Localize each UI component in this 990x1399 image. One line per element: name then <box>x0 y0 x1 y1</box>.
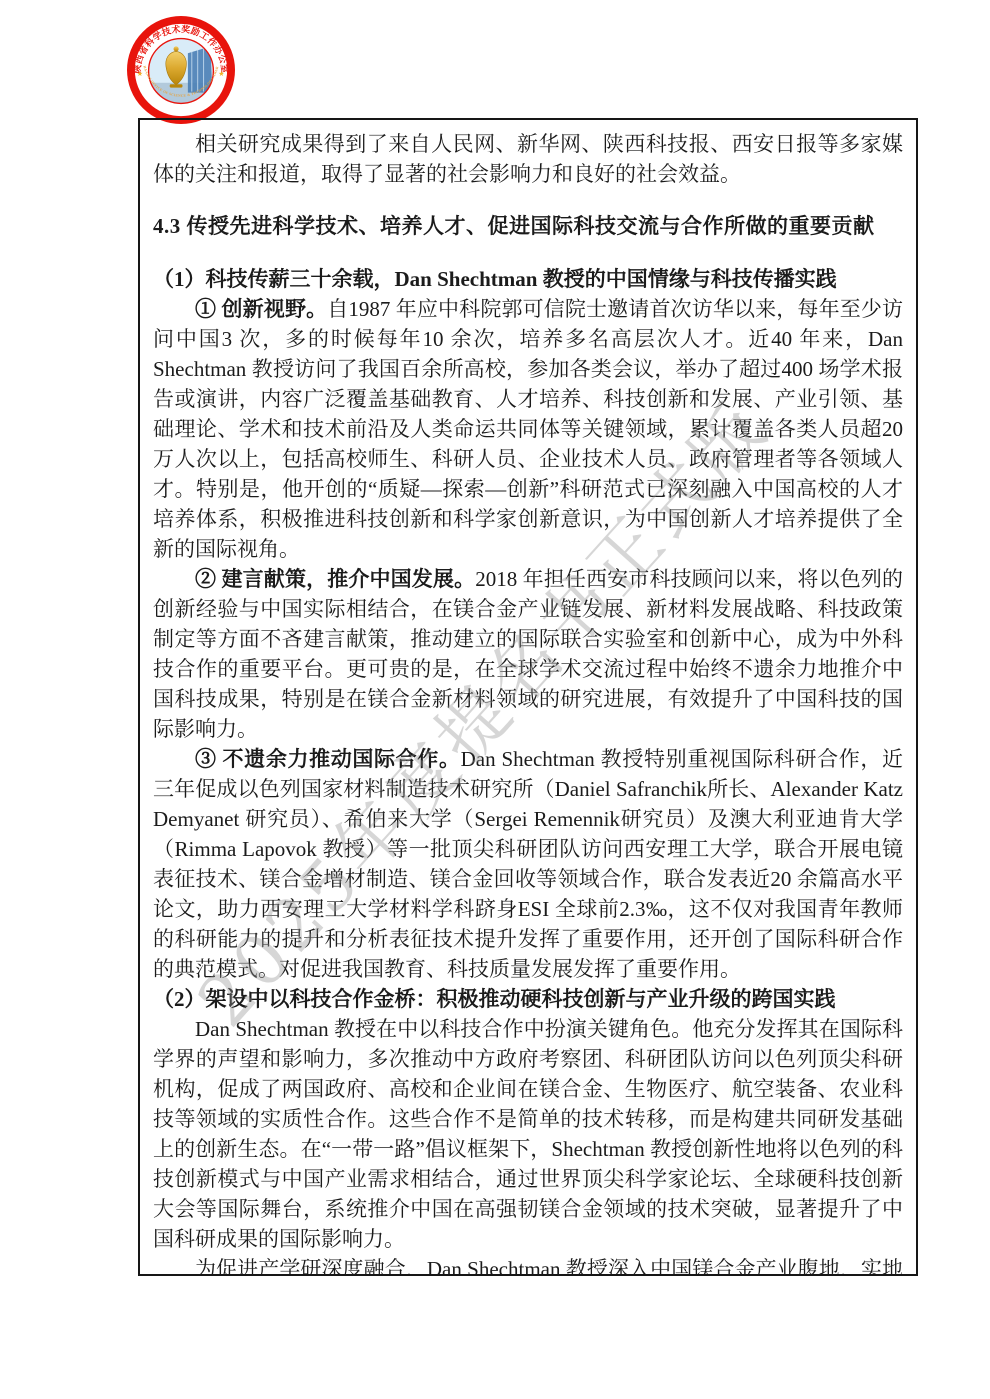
subheading-2: （2）架设中以科技合作金桥：积极推动硬科技创新与产业升级的跨国实践 <box>153 984 903 1014</box>
seal-right-star-icon: ★ <box>218 70 224 78</box>
subheading-1: （1）科技传薪三十余载，Dan Shechtman 教授的中国情缘与科技传播实践 <box>153 264 903 294</box>
paragraph-international-cooperation: ③ 不遗余力推动国际合作。Dan Shechtman 教授特别重视国际科研合作，… <box>153 744 903 984</box>
document-body: 相关研究成果得到了来自人民网、新华网、陕西科技报、西安日报等多家媒体的关注和报道… <box>153 129 903 1276</box>
paragraph-policy-advice-lead: ② 建言献策，推介中国发展。 <box>195 567 475 591</box>
document-page: 陕西省科学技术奖励工作办公室 SHAANXI OFFICE OF SCIENCE… <box>0 0 990 1399</box>
intro-paragraph: 相关研究成果得到了来自人民网、新华网、陕西科技报、西安日报等多家媒体的关注和报道… <box>153 129 903 189</box>
paragraph-policy-advice: ② 建言献策，推介中国发展。2018 年担任西安市科技顾问以来，将以色列的创新经… <box>153 564 903 744</box>
paragraph-international-cooperation-lead: ③ 不遗余力推动国际合作。 <box>195 747 461 771</box>
award-office-seal-logo: 陕西省科学技术奖励工作办公室 SHAANXI OFFICE OF SCIENCE… <box>127 16 235 124</box>
paragraph-china-israel-role: Dan Shechtman 教授在中以科技合作中扮演关键角色。他充分发挥其在国际… <box>153 1014 903 1254</box>
paragraph-industry-integration: 为促进产学研深度融合，Dan Shechtman 教授深入中国镁合金产业腹地，实… <box>153 1254 903 1276</box>
section-heading-4-3: 4.3 传授先进科学技术、培养人才、促进国际科技交流与合作所做的重要贡献 <box>153 211 903 241</box>
document-content-box: 相关研究成果得到了来自人民网、新华网、陕西科技报、西安日报等多家媒体的关注和报道… <box>138 118 918 1276</box>
paragraph-innovation-vision-lead: ① 创新视野。 <box>195 297 327 321</box>
seal-left-star-icon: ★ <box>137 70 143 78</box>
paragraph-innovation-vision: ① 创新视野。自1987 年应中科院郭可信院士邀请首次访华以来，每年至少访问中国… <box>153 294 903 564</box>
